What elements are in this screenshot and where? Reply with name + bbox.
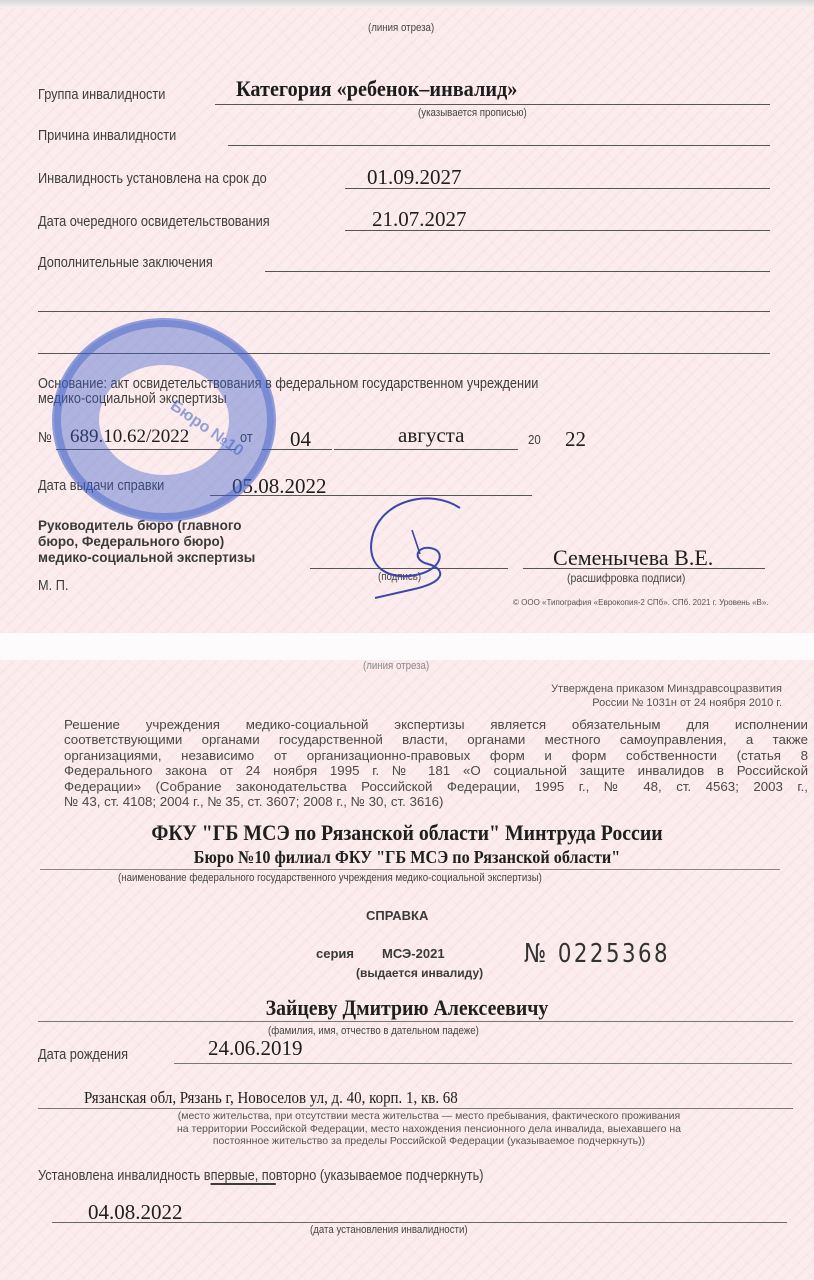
- doc-title: СПРАВКА: [366, 908, 428, 923]
- paragraph-line: № 43, ст. 4108; 2004 г., № 35, ст. 3607;…: [64, 794, 808, 809]
- head-title-line3: медико-социальной экспертизы: [38, 550, 255, 565]
- valid-until-value: 01.09.2027: [367, 165, 462, 190]
- established-suffix: вторно (указываемое подчеркнуть): [276, 1168, 484, 1184]
- signature-hint: (подпись): [378, 571, 421, 583]
- paragraph-line: Федерации» (Собрание законодательства Ро…: [64, 779, 808, 794]
- approval-note: Утверждена приказом Минздравсоцразвития …: [551, 682, 782, 710]
- established-date-value: 04.08.2022: [88, 1200, 183, 1225]
- next-exam-label: Дата очередного освидетельствования: [38, 214, 270, 230]
- head-title-line2: бюро, Федерального бюро): [38, 534, 224, 549]
- signer-name: Семенычева В.Е.: [553, 545, 713, 571]
- paragraph-line: соответствующими органами государственно…: [64, 732, 808, 747]
- paragraph-line: Федерального закона от 24 ноября 1995 г.…: [64, 763, 808, 778]
- established-line: Установлена инвалидность впервые, повтор…: [38, 1168, 483, 1184]
- institution-line2: Бюро №10 филиал ФКУ "ГБ МСЭ по Рязанской…: [41, 847, 774, 868]
- address-hint-line: постоянное жительство за пределы Российс…: [84, 1135, 774, 1148]
- certificate-bottom-part: (линия отреза) Утверждена приказом Минзд…: [0, 660, 814, 1280]
- head-title-line1: Руководитель бюро (главного: [38, 518, 242, 533]
- basis-line1: Основание: акт освидетельствования в фед…: [38, 376, 538, 392]
- act-number-value: 689.10.62/2022: [70, 426, 189, 448]
- act-year-prefix: 20: [528, 432, 541, 447]
- signer-hint: (расшифровка подписи): [567, 571, 685, 585]
- scan-edge: [0, 0, 814, 8]
- approval-line2: России № 1031н от 24 ноября 2010 г.: [551, 696, 782, 710]
- disability-cause-label: Причина инвалидности: [38, 128, 176, 144]
- birth-date-value: 24.06.2019: [208, 1036, 303, 1061]
- disability-group-hint: (указывается прописью): [418, 107, 527, 119]
- disability-group-label: Группа инвалидности: [38, 87, 165, 103]
- valid-until-label: Инвалидность установлена на срок до: [38, 171, 267, 187]
- act-month-value: августа: [398, 423, 464, 448]
- institution-line1: ФКУ "ГБ МСЭ по Рязанской области" Минтру…: [41, 820, 774, 846]
- issued-hint: (выдается инвалиду): [356, 966, 483, 980]
- basis-line2: медико-социальной экспертизы: [38, 391, 227, 407]
- birth-date-label: Дата рождения: [38, 1047, 128, 1063]
- paragraph-line: организациями, независимо от организацио…: [64, 748, 808, 763]
- certificate-top-part: (линия отреза) Группа инвалидности Катег…: [0, 8, 814, 633]
- address-value: Рязанская обл, Рязань г, Новоселов ул, д…: [84, 1088, 458, 1108]
- act-number-label: №: [38, 430, 52, 446]
- approval-line1: Утверждена приказом Минздравсоцразвития: [551, 682, 782, 696]
- established-prefix: Установлена инвалидность в: [38, 1168, 211, 1184]
- certificate-number: № 0225368: [524, 939, 670, 969]
- cut-line-label: (линия отреза): [363, 660, 429, 672]
- act-year-suffix: 22: [565, 427, 586, 452]
- full-name: Зайцеву Дмитрию Алексеевичу: [41, 995, 774, 1021]
- issue-date-label: Дата выдачи справки: [38, 478, 164, 494]
- series-value: МСЭ-2021: [382, 946, 445, 961]
- disability-group-value: Категория «ребенок–инвалид»: [236, 76, 517, 102]
- full-name-wrap: Зайцеву Дмитрию Алексеевичу: [0, 995, 814, 1021]
- seal-label: М. П.: [38, 578, 68, 594]
- printer-note: © ООО «Типография «Еврокопия-2 СПб». СПб…: [513, 598, 769, 607]
- paragraph-line: Решение учреждения медико-социальной экс…: [64, 717, 808, 732]
- additional-conclusions-label: Дополнительные заключения: [38, 255, 213, 271]
- institution-hint: (наименование федерального государственн…: [118, 872, 542, 884]
- series-label: серия: [316, 946, 354, 961]
- next-exam-value: 21.07.2027: [372, 207, 467, 232]
- legal-paragraph: Решение учреждения медико-социальной экс…: [64, 717, 808, 809]
- act-from-label: от: [240, 430, 253, 446]
- issue-date-value: 05.08.2022: [232, 474, 327, 499]
- cut-line-label: (линия отреза): [368, 22, 434, 34]
- institution-block: ФКУ "ГБ МСЭ по Рязанской области" Минтру…: [0, 820, 814, 868]
- established-date-hint: (дата установления инвалидности): [310, 1224, 468, 1236]
- established-underlined: первые, по: [211, 1168, 276, 1184]
- address-hint: (место жительства, при отсутствии места …: [84, 1110, 774, 1148]
- address-hint-line: на территории Российской Федерации, мест…: [84, 1123, 774, 1136]
- address-hint-line: (место жительства, при отсутствии места …: [84, 1110, 774, 1123]
- act-day-value: 04: [290, 427, 311, 452]
